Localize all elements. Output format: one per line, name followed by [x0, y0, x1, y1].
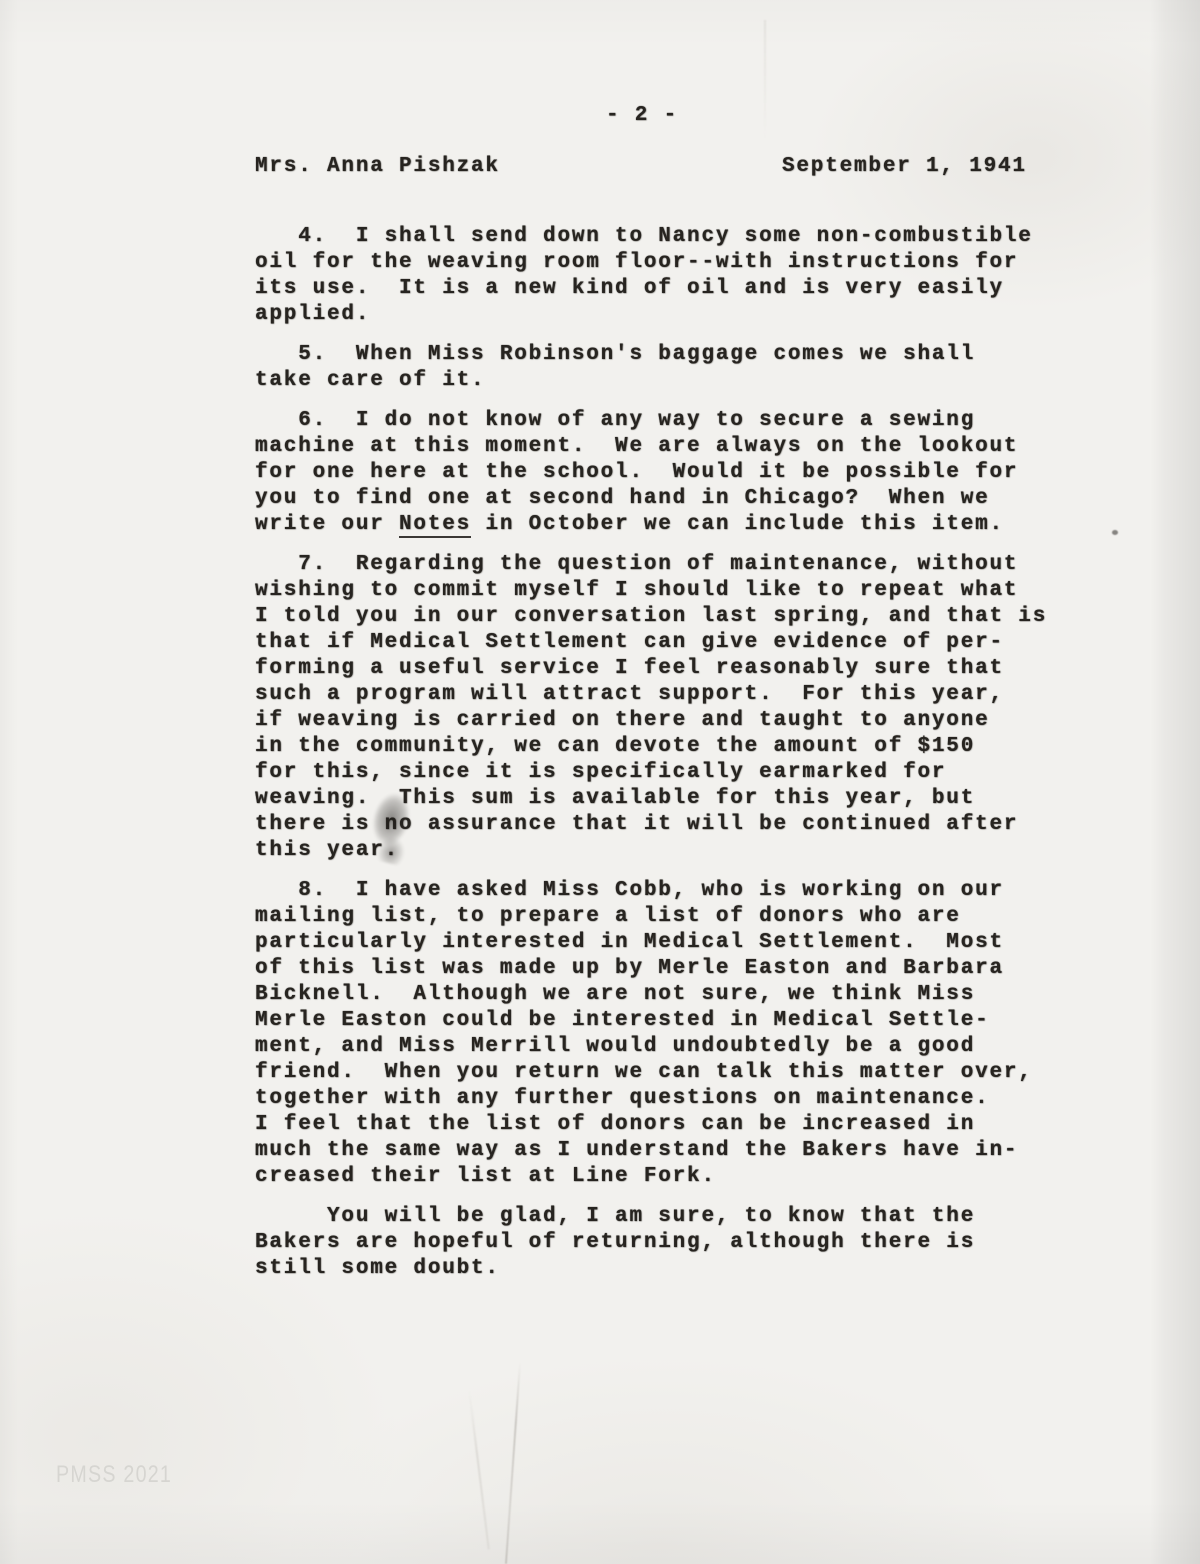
- underlined-word: Notes: [399, 513, 471, 538]
- text-line: write our Notes in October we can includ…: [255, 512, 1085, 538]
- text-line: there is no assurance that it will be co…: [255, 812, 1085, 838]
- text-line: that if Medical Settlement can give evid…: [255, 630, 1085, 656]
- paper-crease: [505, 1362, 521, 1564]
- text-line: in the community, we can devote the amou…: [255, 734, 1085, 760]
- text-line: together with any further questions on m…: [255, 1086, 1085, 1112]
- text-line: if weaving is carried on there and taugh…: [255, 708, 1085, 734]
- text-line: 7. Regarding the question of maintenance…: [255, 552, 1085, 578]
- text-line: Merle Easton could be interested in Medi…: [255, 1008, 1085, 1034]
- text-line: particularly interested in Medical Settl…: [255, 930, 1085, 956]
- text-line: this year.: [255, 838, 1085, 864]
- letter-body: 4. I shall send down to Nancy some non-c…: [255, 224, 1085, 1296]
- text-line: still some doubt.: [255, 1256, 1085, 1282]
- text-line: 8. I have asked Miss Cobb, who is workin…: [255, 878, 1085, 904]
- text-line: 6. I do not know of any way to secure a …: [255, 408, 1085, 434]
- text-line: creased their list at Line Fork.: [255, 1164, 1085, 1190]
- text-line: its use. It is a new kind of oil and is …: [255, 276, 1085, 302]
- text-line: 4. I shall send down to Nancy some non-c…: [255, 224, 1085, 250]
- text-line: for one here at the school. Would it be …: [255, 460, 1085, 486]
- text-line: I feel that the list of donors can be in…: [255, 1112, 1085, 1138]
- letter-date: September 1, 1941: [782, 155, 1027, 178]
- paper-crease: [468, 1391, 489, 1550]
- text-line: much the same way as I understand the Ba…: [255, 1138, 1085, 1164]
- text-line: friend. When you return we can talk this…: [255, 1060, 1085, 1086]
- recipient-name: Mrs. Anna Pishzak: [255, 155, 500, 178]
- text-line: Bicknell. Although we are not sure, we t…: [255, 982, 1085, 1008]
- watermark: PMSS 2021: [56, 1461, 172, 1489]
- paragraph: 7. Regarding the question of maintenance…: [255, 552, 1085, 864]
- text-line: weaving. This sum is available for this …: [255, 786, 1085, 812]
- text-line: oil for the weaving room floor--with ins…: [255, 250, 1085, 276]
- text-line: of this list was made up by Merle Easton…: [255, 956, 1085, 982]
- text-line: I told you in our conversation last spri…: [255, 604, 1085, 630]
- text-line: ment, and Miss Merrill would undoubtedly…: [255, 1034, 1085, 1060]
- text-line: such a program will attract support. For…: [255, 682, 1085, 708]
- text-line: forming a useful service I feel reasonab…: [255, 656, 1085, 682]
- text-line: Bakers are hopeful of returning, althoug…: [255, 1230, 1085, 1256]
- text-line: wishing to commit myself I should like t…: [255, 578, 1085, 604]
- text-line: mailing list, to prepare a list of donor…: [255, 904, 1085, 930]
- text-line: 5. When Miss Robinson's baggage comes we…: [255, 342, 1085, 368]
- text-line: take care of it.: [255, 368, 1085, 394]
- text-line: you to find one at second hand in Chicag…: [255, 486, 1085, 512]
- paragraph: 8. I have asked Miss Cobb, who is workin…: [255, 878, 1085, 1190]
- paragraph: 4. I shall send down to Nancy some non-c…: [255, 224, 1085, 328]
- paragraph: 5. When Miss Robinson's baggage comes we…: [255, 342, 1085, 394]
- page-number: - 2 -: [606, 104, 678, 127]
- paragraph: You will be glad, I am sure, to know tha…: [255, 1204, 1085, 1282]
- letter-page: - 2 - Mrs. Anna Pishzak September 1, 194…: [0, 0, 1200, 1564]
- paragraph: 6. I do not know of any way to secure a …: [255, 408, 1085, 538]
- text-line: for this, since it is specifically earma…: [255, 760, 1085, 786]
- text-line: You will be glad, I am sure, to know tha…: [255, 1204, 1085, 1230]
- text-line: applied.: [255, 302, 1085, 328]
- paper-crease: [764, 20, 766, 140]
- text-line: machine at this moment. We are always on…: [255, 434, 1085, 460]
- ink-dot: [1112, 530, 1118, 535]
